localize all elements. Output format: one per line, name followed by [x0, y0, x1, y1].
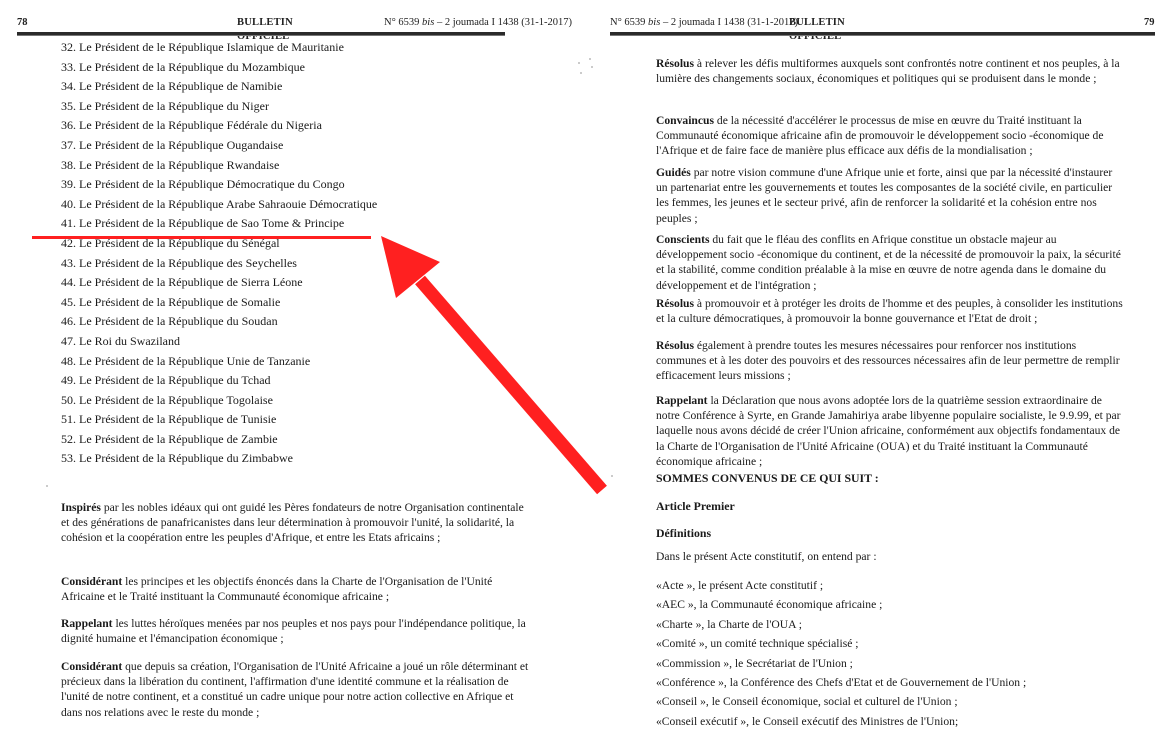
signatory-item: 36. Le Président de la République Fédéra… — [61, 116, 377, 136]
signatory-item: 47. Le Roi du Swaziland — [61, 332, 377, 352]
issue-info: N° 6539 bis – 2 joumada I 1438 (31-1-201… — [384, 16, 572, 30]
signatory-item: 35. Le Président de la République du Nig… — [61, 97, 377, 117]
definition-item: «Commission », le Secrétariat de l'Union… — [656, 654, 1026, 673]
left-page: 78 BULLETIN OFFICIEL N° 6539 bis – 2 jou… — [0, 0, 583, 754]
preamble-paragraph: Considérant les principes et les objecti… — [61, 574, 531, 604]
scan-speck — [46, 485, 48, 487]
signatory-item: 52. Le Président de la République de Zam… — [61, 430, 377, 450]
scan-speck — [611, 475, 613, 477]
signatories-list: 32. Le Président de le République Islami… — [61, 38, 377, 469]
preamble-paragraph: Guidés par notre vision commune d'une Af… — [656, 165, 1126, 226]
preamble-paragraph: Résolus à relever les défis multiformes … — [656, 56, 1126, 86]
definition-item: «Comité », un comité technique spécialis… — [656, 634, 1026, 653]
signatory-item: 39. Le Président de la République Démocr… — [61, 175, 377, 195]
preamble-paragraph: Inspirés par les nobles idéaux qui ont g… — [61, 500, 531, 546]
signatory-item: 44. Le Président de la République de Sie… — [61, 273, 377, 293]
definitions-list: «Acte », le présent Acte constitutif ;«A… — [656, 576, 1026, 731]
definition-item: «Charte », la Charte de l'OUA ; — [656, 615, 1026, 634]
signatory-item: 33. Le Président de la République du Moz… — [61, 58, 377, 78]
scan-speck — [589, 58, 591, 60]
page-number: 78 — [17, 16, 28, 30]
preamble-paragraph: Considérant que depuis sa création, l'Or… — [61, 659, 531, 720]
article-heading: Article Premier — [656, 499, 735, 514]
definition-item: «Conseil », le Conseil économique, socia… — [656, 692, 1026, 711]
signatory-item: 43. Le Président de la République des Se… — [61, 254, 377, 274]
preamble-paragraph: Rappelant la Déclaration que nous avons … — [656, 393, 1126, 469]
preamble-paragraph: Conscients du fait que le fléau des conf… — [656, 232, 1126, 293]
signatory-item: 34. Le Président de la République de Nam… — [61, 77, 377, 97]
signatory-item: 49. Le Président de la République du Tch… — [61, 371, 377, 391]
signatory-item: 45. Le Président de la République de Som… — [61, 293, 377, 313]
signatory-item: 37. Le Président de la République Ougand… — [61, 136, 377, 156]
scan-speck — [580, 72, 582, 74]
preamble-paragraph: Résolus à promouvoir et à protéger les d… — [656, 296, 1126, 326]
definitions-heading: Définitions — [656, 526, 711, 541]
agreement-heading: SOMMES CONVENUS DE CE QUI SUIT : — [656, 471, 879, 486]
highlight-underline — [32, 236, 371, 239]
signatory-item: 38. Le Président de la République Rwanda… — [61, 156, 377, 176]
definition-item: «Acte », le présent Acte constitutif ; — [656, 576, 1026, 595]
scan-speck — [578, 62, 580, 64]
signatory-item-highlighted: 40. Le Président de la République Arabe … — [61, 195, 377, 215]
preamble-paragraph: Rappelant les luttes héroïques menées pa… — [61, 616, 531, 646]
definitions-intro: Dans le présent Acte constitutif, on ent… — [656, 550, 877, 563]
header-rule — [610, 32, 1155, 36]
scan-speck — [591, 66, 593, 68]
signatory-item: 53. Le Président de la République du Zim… — [61, 449, 377, 469]
signatory-item: 32. Le Président de le République Islami… — [61, 38, 377, 58]
definition-item: «Conseil exécutif », le Conseil exécutif… — [656, 712, 1026, 731]
preamble-paragraph: Résolus également à prendre toutes les m… — [656, 338, 1126, 384]
publication-title: BULLETIN OFFICIEL — [789, 16, 845, 44]
signatory-item: 46. Le Président de la République du Sou… — [61, 312, 377, 332]
header-rule — [17, 32, 505, 36]
right-page: N° 6539 bis – 2 joumada I 1438 (31-1-201… — [583, 0, 1166, 754]
signatory-item: 41. Le Président de la République de Sao… — [61, 214, 377, 234]
signatory-item: 50. Le Président de la République Togola… — [61, 391, 377, 411]
signatory-item: 48. Le Président de la République Unie d… — [61, 352, 377, 372]
signatory-item: 51. Le Président de la République de Tun… — [61, 410, 377, 430]
issue-info: N° 6539 bis – 2 joumada I 1438 (31-1-201… — [610, 16, 798, 30]
page-number: 79 — [1144, 16, 1155, 30]
definition-item: «Conférence », la Conférence des Chefs d… — [656, 673, 1026, 692]
definition-item: «AEC », la Communauté économique africai… — [656, 595, 1026, 614]
preamble-paragraph: Convaincus de la nécessité d'accélérer l… — [656, 113, 1126, 159]
